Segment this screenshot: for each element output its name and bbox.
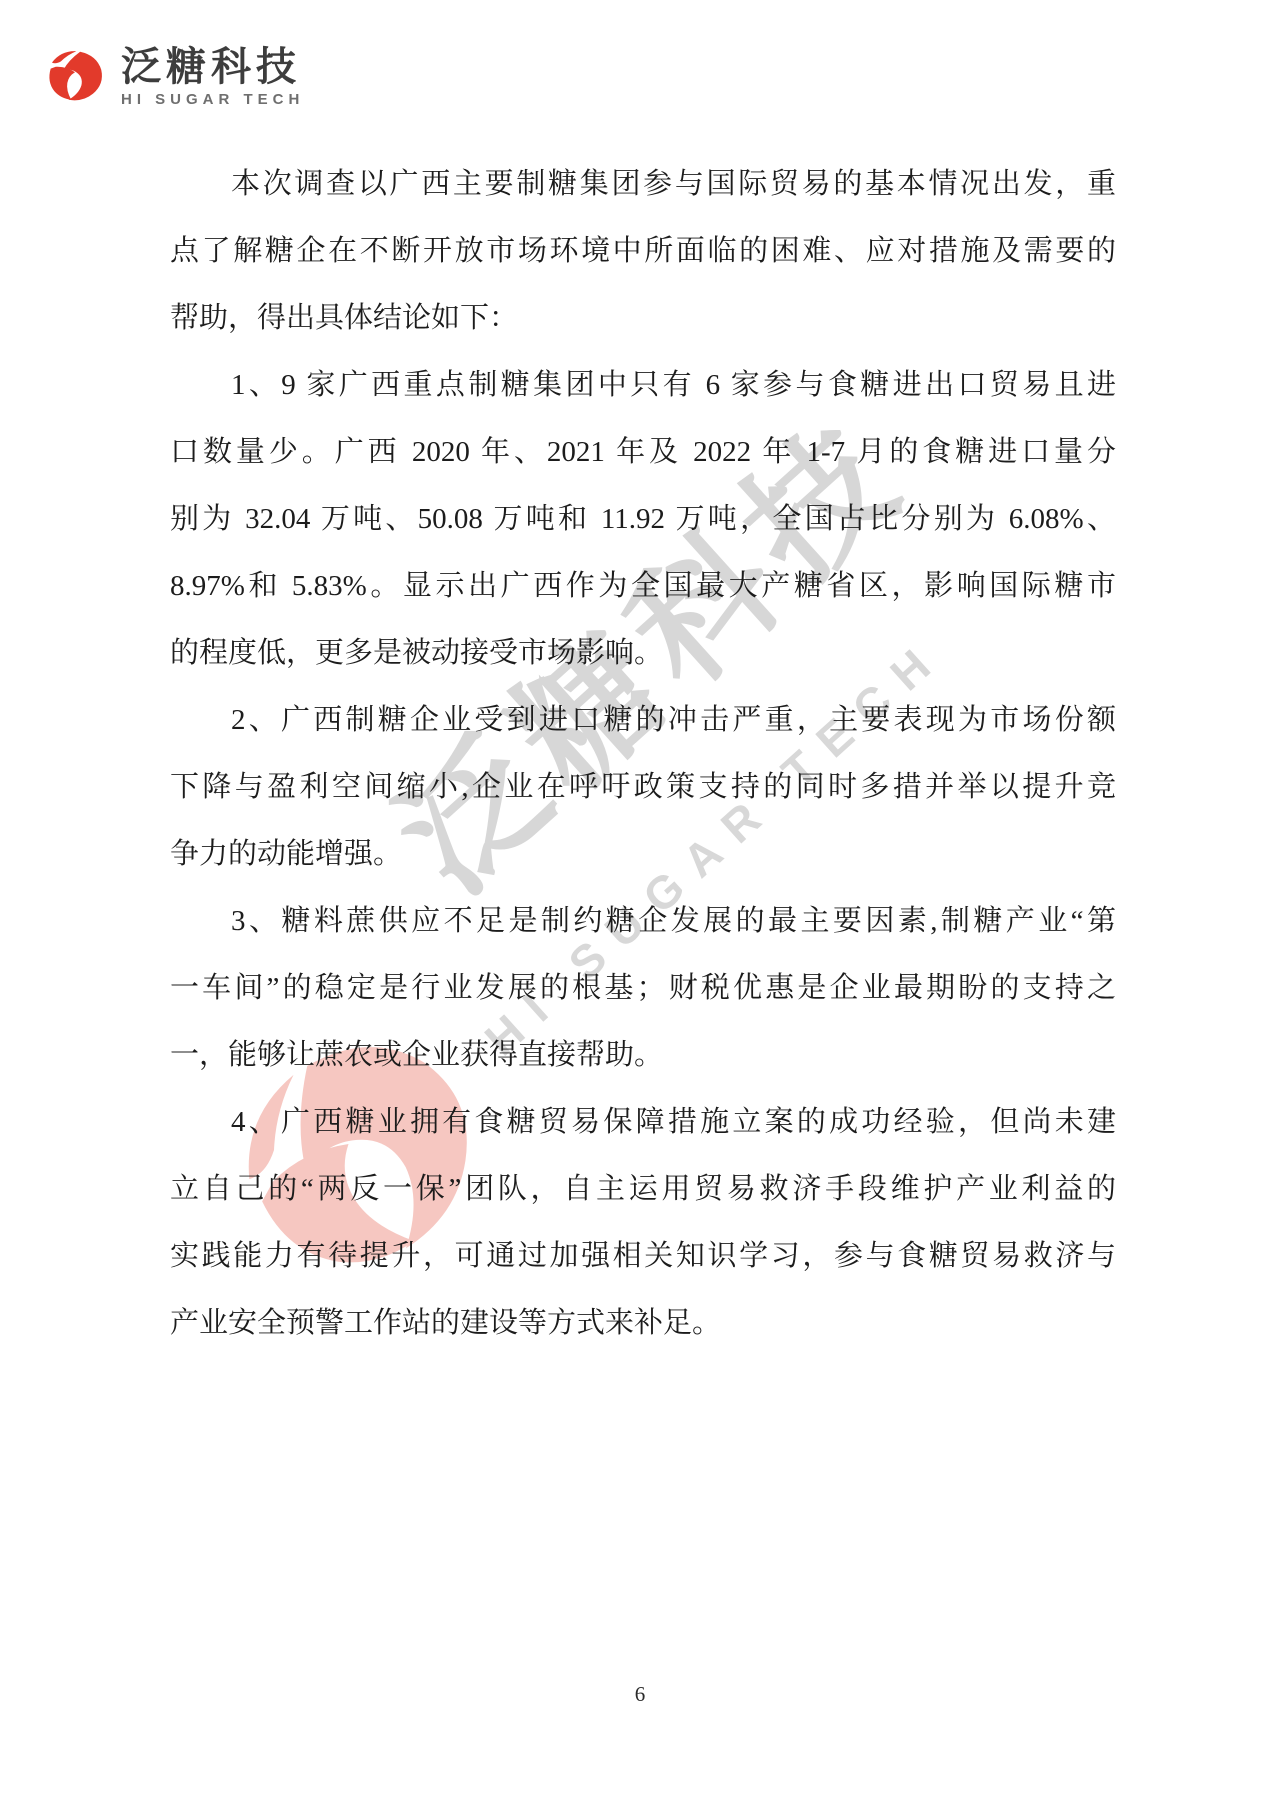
body-line: 实践能力有待提升，可通过加强相关知识学习，参与食糖贸易救济与	[170, 1223, 1116, 1290]
body-line: 一，能够让蔗农或企业获得直接帮助。	[170, 1022, 1116, 1089]
page-number: 6	[0, 1682, 1280, 1707]
body-line: 争力的动能增强。	[170, 821, 1116, 888]
paragraph: 本次调查以广西主要制糖集团参与国际贸易的基本情况出发，重 点了解糖企在不断开放市…	[170, 151, 1116, 352]
body-line: 帮助，得出具体结论如下：	[170, 285, 1116, 352]
header-logo: 泛糖科技 HI SUGAR TECH	[43, 45, 304, 108]
body-line: 产业安全预警工作站的建设等方式来补足。	[170, 1290, 1116, 1357]
document-body: 本次调查以广西主要制糖集团参与国际贸易的基本情况出发，重 点了解糖企在不断开放市…	[170, 151, 1116, 1357]
paragraph: 3、糖料蔗供应不足是制约糖企发展的最主要因素,制糖产业“第 一车间”的稳定是行业…	[170, 888, 1116, 1089]
paragraph: 2、广西制糖企业受到进口糖的冲击严重，主要表现为市场份额 下降与盈利空间缩小,企…	[170, 687, 1116, 888]
logo-company-name-en: HI SUGAR TECH	[121, 91, 304, 108]
body-line: 本次调查以广西主要制糖集团参与国际贸易的基本情况出发，重	[170, 151, 1116, 218]
body-line: 4、广西糖业拥有食糖贸易保障措施立案的成功经验，但尚未建	[170, 1089, 1116, 1156]
body-line: 点了解糖企在不断开放市场环境中所面临的困难、应对措施及需要的	[170, 218, 1116, 285]
body-line: 立自己的“两反一保”团队，自主运用贸易救济手段维护产业利益的	[170, 1156, 1116, 1223]
paragraph: 4、广西糖业拥有食糖贸易保障措施立案的成功经验，但尚未建 立自己的“两反一保”团…	[170, 1089, 1116, 1357]
body-line: 下降与盈利空间缩小,企业在呼吁政策支持的同时多措并举以提升竞	[170, 754, 1116, 821]
body-line: 别为 32.04 万吨、50.08 万吨和 11.92 万吨，全国占比分别为 6…	[170, 486, 1116, 553]
body-line: 一车间”的稳定是行业发展的根基；财税优惠是企业最期盼的支持之	[170, 955, 1116, 1022]
paragraph: 1、9 家广西重点制糖集团中只有 6 家参与食糖进出口贸易且进 口数量少。广西 …	[170, 352, 1116, 687]
logo-company-name: 泛糖科技	[121, 45, 304, 89]
body-line: 3、糖料蔗供应不足是制约糖企发展的最主要因素,制糖产业“第	[170, 888, 1116, 955]
body-line: 8.97%和 5.83%。显示出广西作为全国最大产糖省区，影响国际糖市	[170, 553, 1116, 620]
body-line: 的程度低，更多是被动接受市场影响。	[170, 620, 1116, 687]
body-line: 2、广西制糖企业受到进口糖的冲击严重，主要表现为市场份额	[170, 687, 1116, 754]
hi-sugar-tech-swirl-icon	[43, 47, 107, 107]
body-line: 口数量少。广西 2020 年、2021 年及 2022 年 1-7 月的食糖进口…	[170, 419, 1116, 486]
body-line: 1、9 家广西重点制糖集团中只有 6 家参与食糖进出口贸易且进	[170, 352, 1116, 419]
